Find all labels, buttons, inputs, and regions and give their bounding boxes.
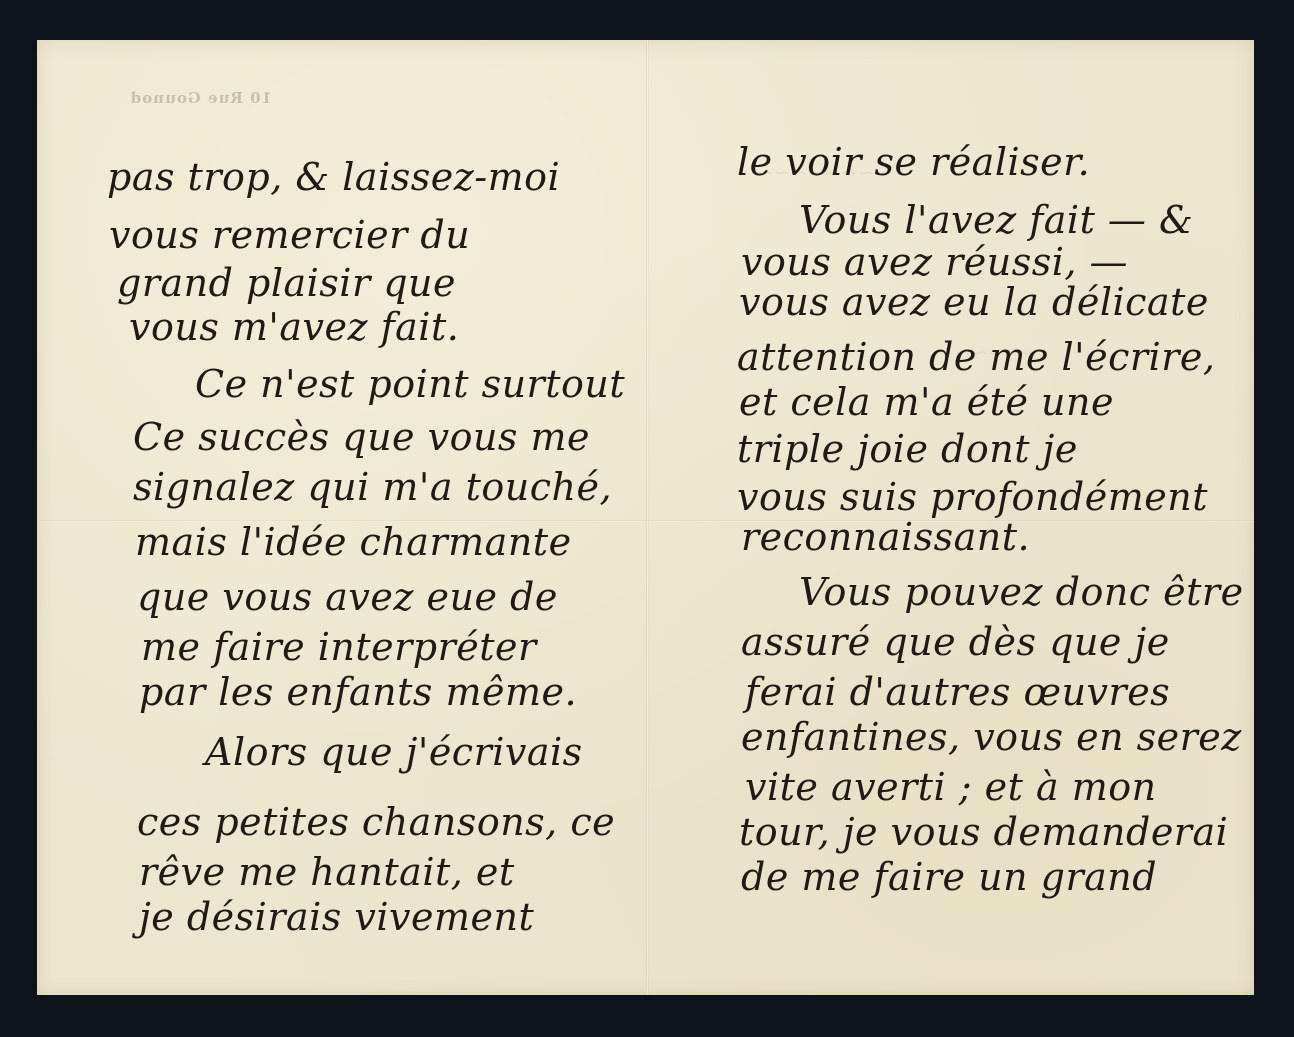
handwritten-line: pas trop, & laissez-moi [107, 158, 560, 196]
handwritten-line: je désirais vivement [139, 898, 534, 936]
handwritten-line: que vous avez eue de [137, 578, 558, 616]
handwritten-line: Vous pouvez donc être [799, 573, 1244, 611]
handwritten-line: rêve me hantait, et [139, 853, 515, 891]
handwritten-line: Alors que j'écrivais [205, 733, 583, 771]
handwritten-line: Vous l'avez fait — & [799, 201, 1193, 239]
handwritten-line: ferai d'autres œuvres [745, 673, 1170, 711]
handwritten-line: et cela m'a été une [739, 383, 1114, 421]
handwritten-line: triple joie dont je [737, 430, 1078, 468]
handwritten-line: me faire interpréter [141, 628, 537, 666]
handwritten-line: assuré que dès que je [741, 623, 1170, 661]
left-page: pas trop, & laissez-moi vous remercier d… [37, 40, 646, 995]
handwritten-line: vous remercier du [109, 216, 470, 254]
handwritten-line: vous m'avez fait. [129, 308, 459, 346]
scanned-letter: 10 Rue Gounod ~~~~~~~~ ~~~~~~ ~~~~~~~~~ … [0, 0, 1294, 1037]
handwritten-line: grand plaisir que [117, 264, 456, 302]
handwritten-line: par les enfants même. [139, 673, 577, 711]
handwritten-line: ces petites chansons, ce [137, 803, 615, 841]
handwritten-line: vite averti ; et à mon [745, 768, 1157, 806]
handwritten-line: reconnaissant. [741, 518, 1030, 556]
letter-sheet: 10 Rue Gounod ~~~~~~~~ ~~~~~~ ~~~~~~~~~ … [37, 40, 1254, 995]
handwritten-line: vous avez eu la délicate [739, 283, 1209, 321]
handwritten-line: Ce n'est point surtout [195, 365, 625, 403]
handwritten-line: signalez qui m'a touché, [133, 468, 612, 506]
right-page: le voir se réaliser. Vous l'avez fait — … [649, 40, 1254, 995]
handwritten-line: attention de me l'écrire, [737, 338, 1215, 376]
handwritten-line: mais l'idée charmante [135, 523, 572, 561]
handwritten-line: vous avez réussi, — [741, 243, 1128, 281]
handwritten-line: enfantines, vous en serez [741, 718, 1242, 756]
handwritten-line: tour, je vous demanderai [739, 813, 1228, 851]
handwritten-line: le voir se réaliser. [737, 143, 1090, 181]
handwritten-line: vous suis profondément [737, 478, 1208, 516]
handwritten-line: de me faire un grand [741, 858, 1157, 896]
handwritten-line: Ce succès que vous me [133, 418, 590, 456]
